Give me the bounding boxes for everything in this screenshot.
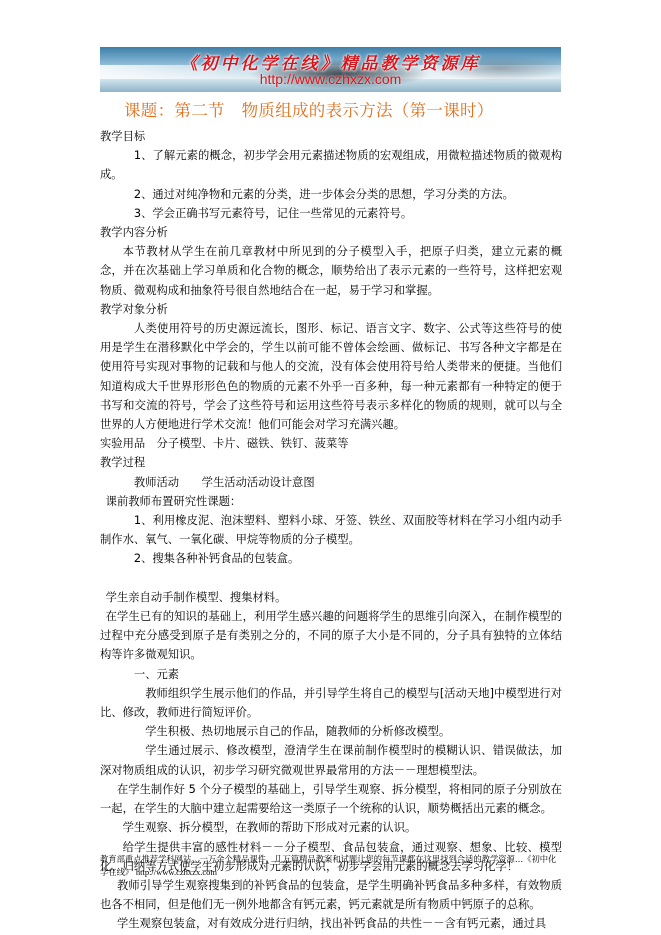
pre-class-item: 2、搜集各种补钙食品的包装盒。	[100, 549, 562, 568]
process-paragraph: 在学生制作好 5 个分子模型的基础上，引导学生观察、拆分模型，将相同的原子分别放…	[100, 780, 562, 818]
materials-line: 实验用品 分子模型、卡片、磁铁、铁钉、菠菜等	[100, 434, 562, 453]
pre-class-item: 1、利用橡皮泥、泡沫塑料、塑料小球、牙签、铁丝、双面胶等材料在学习小组内动手制作…	[100, 511, 562, 549]
materials-label: 实验用品	[100, 437, 145, 450]
process-columns: 教师活动 学生活动活动设计意图	[100, 473, 562, 492]
section-heading-process: 教学过程	[100, 453, 562, 472]
part1-heading: 一、元素	[100, 665, 562, 684]
footer-url-link[interactable]: http://www.czhxzx.com	[136, 867, 217, 877]
objective-item: 1、了解元素的概念，初步学会用元素描述物质的宏观组成，用微粒描述物质的微观构成。	[100, 146, 562, 184]
section-heading-objectives: 教学目标	[100, 127, 562, 146]
process-paragraph: 教师组织学生展示他们的作品，并引导学生将自己的模型与[活动天地]中模型进行对比、…	[100, 684, 562, 722]
banner-site-url[interactable]: http://www.czhxzx.com	[100, 71, 561, 87]
page-footer: 教育部重点推荐学科网站。一万余个精品课件，几万篇精品教案和试题让您的每节课都在这…	[100, 853, 562, 878]
pre-class-assignment: 课前教师布置研究性课题：	[100, 492, 562, 511]
design-intent: 在学生已有的知识的基础上，利用学生感兴趣的问题将学生的思维引向深入，在制作模型的…	[100, 607, 562, 665]
section-heading-content-analysis: 教学内容分析	[100, 223, 562, 242]
process-paragraph: 学生观察、拆分模型，在教师的帮助下形成对元素的认识。	[100, 818, 562, 837]
blank-line	[100, 569, 562, 588]
process-paragraph: 学生观察包装盒，对有效成分进行归纳，找出补钙食品的共性－－含有钙元素，通过具	[100, 914, 562, 933]
student-prep: 学生亲自动手制作模型、搜集材料。	[100, 588, 562, 607]
section-heading-audience-analysis: 教学对象分析	[100, 300, 562, 319]
process-paragraph: 学生积极、热切地展示自己的作品，随教师的分析修改模型。	[100, 722, 562, 741]
materials-text: 分子模型、卡片、磁铁、铁钉、菠菜等	[157, 437, 349, 450]
objective-item: 2、通过对纯净物和元素的分类，进一步体会分类的思想，学习分类的方法。	[100, 185, 562, 204]
process-paragraph: 学生通过展示、修改模型，澄清学生在课前制作模型时的模糊认识、错误做法，加深对物质…	[100, 741, 562, 779]
lesson-title: 课题：第二节 物质组成的表示方法（第一课时）	[124, 97, 494, 121]
site-banner: 《初中化学在线》精品教学资源库 http://www.czhxzx.com	[100, 47, 561, 92]
content-analysis-text: 本节教材从学生在前几章教材中所见到的分子模型入手，把原子归类，建立元素的概念，并…	[100, 242, 562, 300]
process-paragraph: 教师引导学生观察搜集到的补钙食品的包装盒，是学生明确补钙食品多种多样，有效物质也…	[100, 876, 562, 914]
objective-item: 3、学会正确书写元素符号，记住一些常见的元素符号。	[100, 204, 562, 223]
document-body: 教学目标 1、了解元素的概念，初步学会用元素描述物质的宏观组成，用微粒描述物质的…	[100, 127, 562, 934]
audience-analysis-text: 人类使用符号的历史源远流长，图形、标记、语言文字、数字、公式等这些符号的使用是学…	[100, 319, 562, 434]
